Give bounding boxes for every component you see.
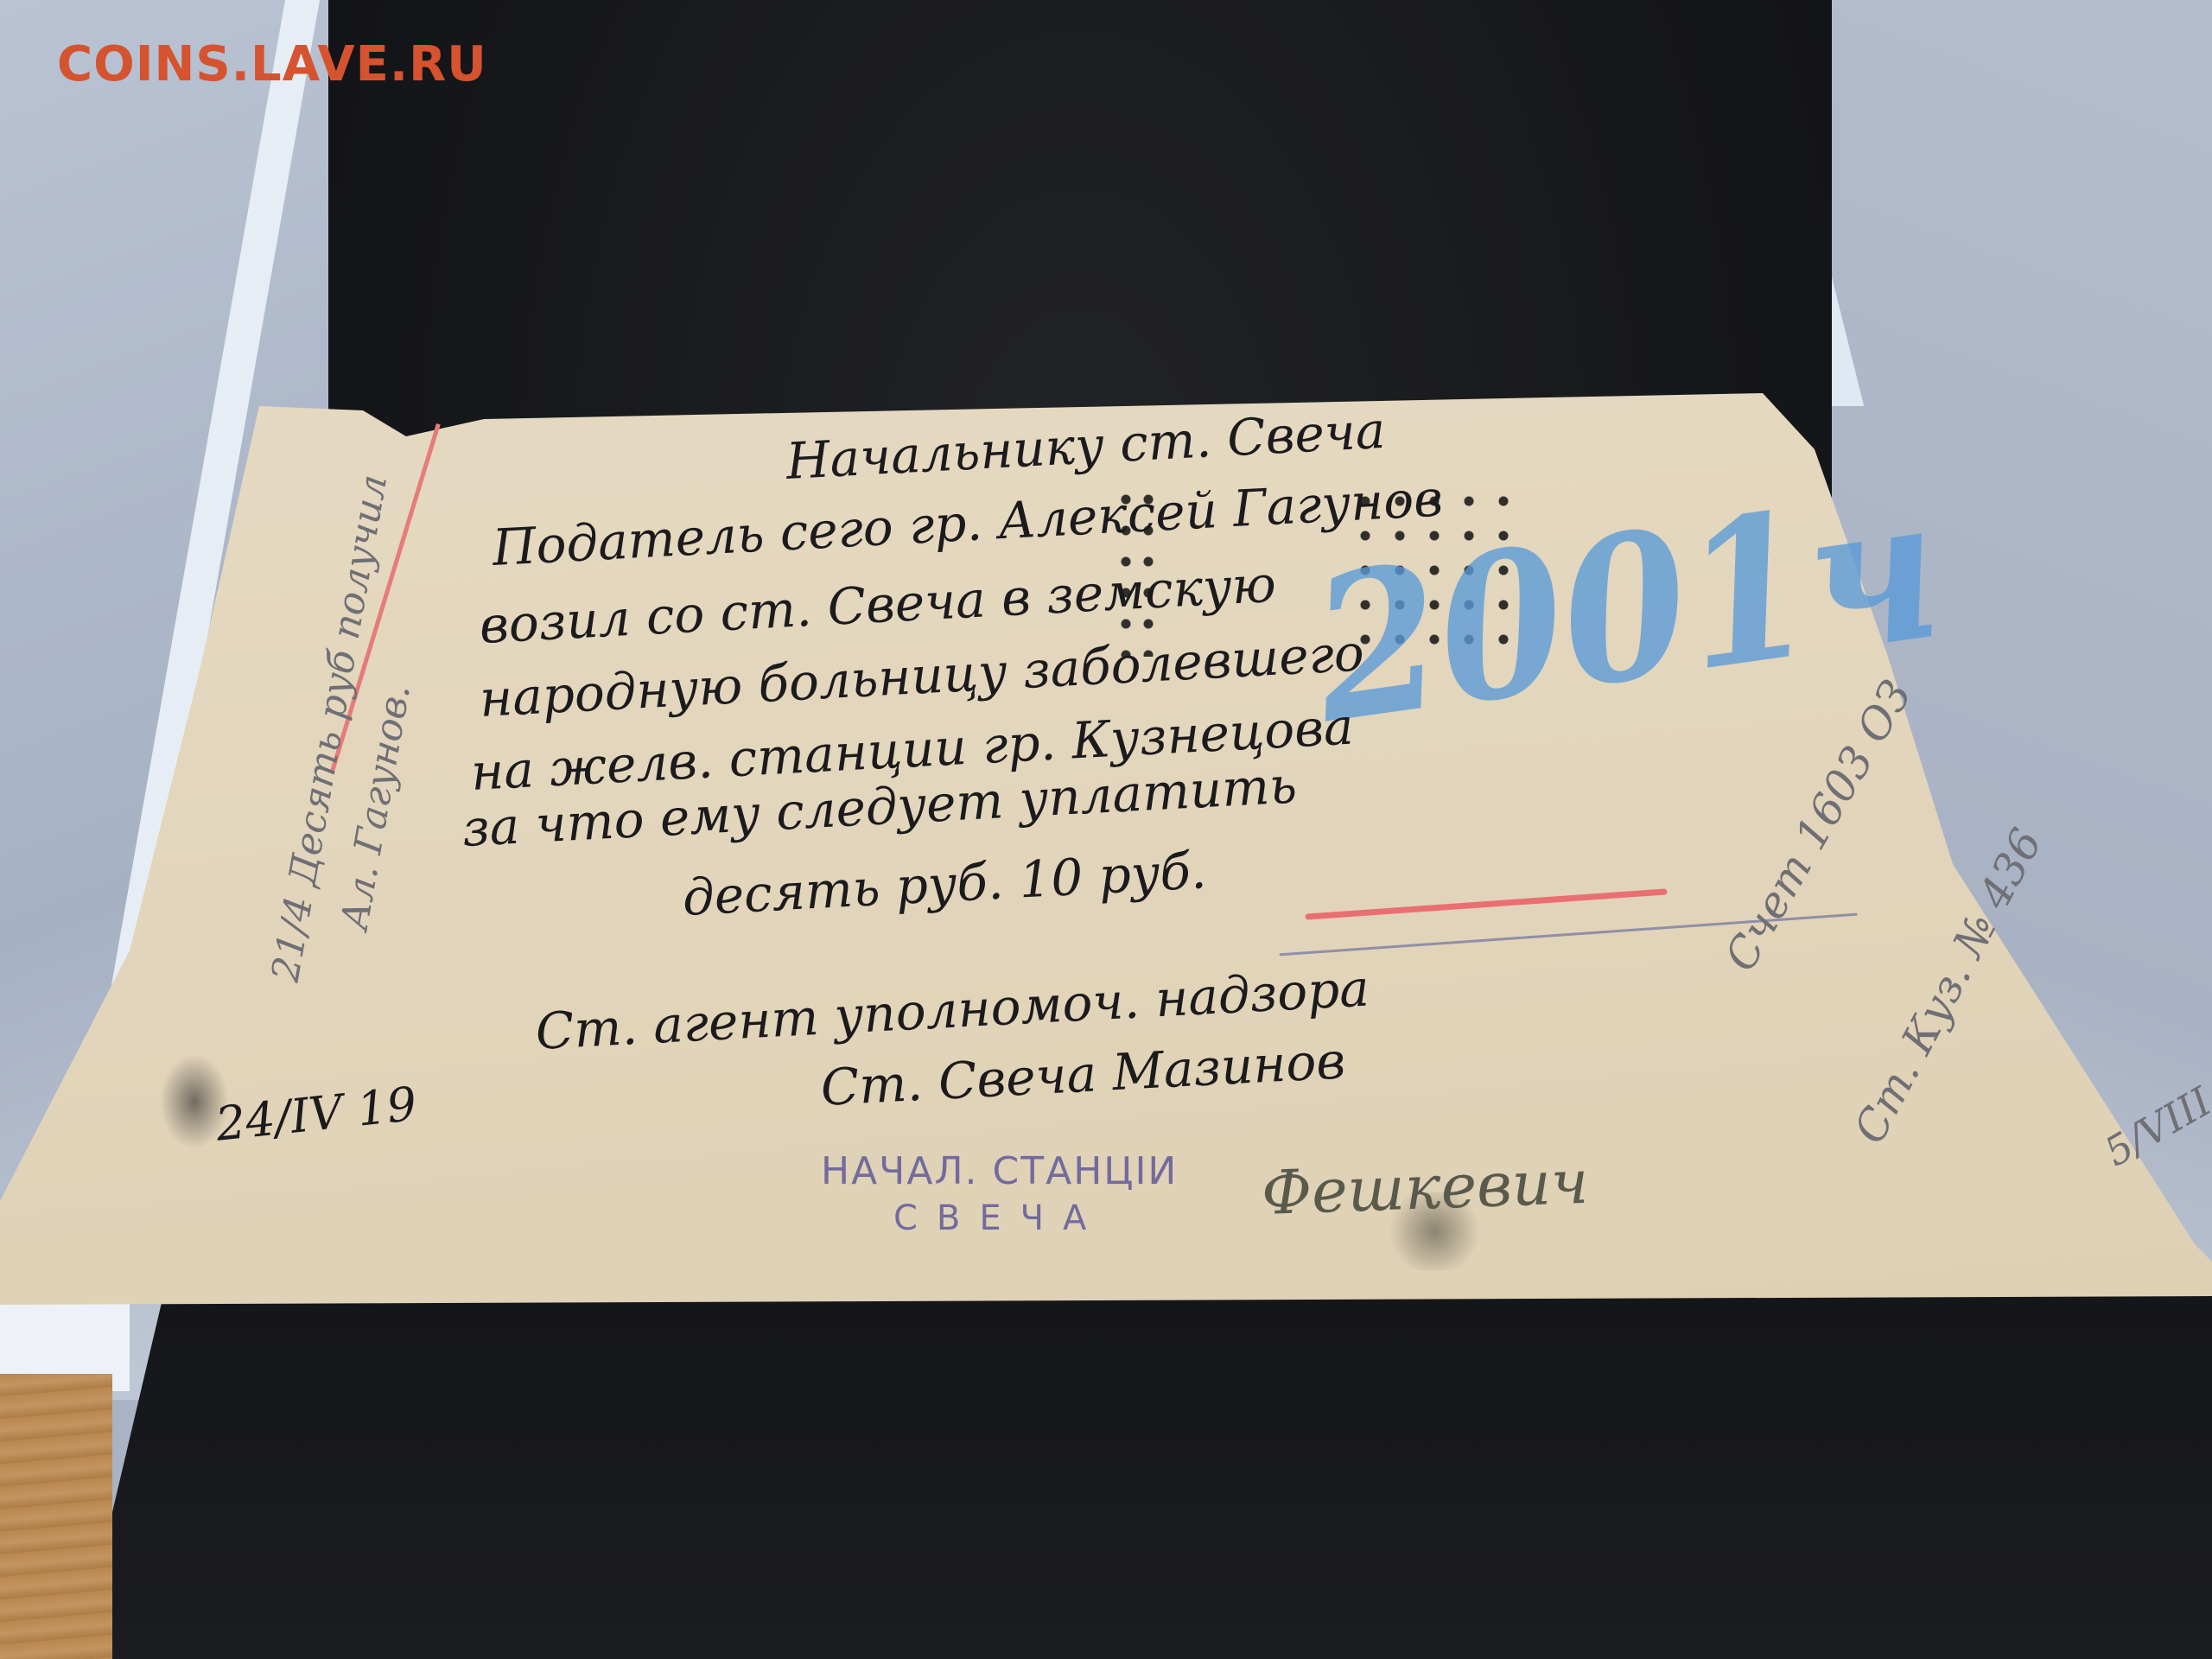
station-stamp: НАЧАЛ. СТАНЦІИ СВЕЧА bbox=[821, 1149, 1178, 1238]
site-watermark: COINS.LAVE.RU bbox=[57, 36, 487, 92]
stamp-line-2: СВЕЧА bbox=[821, 1198, 1178, 1238]
black-cloth-foreground bbox=[78, 1296, 2212, 1659]
stamp-line-1: НАЧАЛ. СТАНЦІИ bbox=[821, 1149, 1178, 1193]
wooden-table bbox=[0, 1374, 112, 1659]
stationmaster-signature: Фешкевич bbox=[1261, 1147, 1590, 1229]
